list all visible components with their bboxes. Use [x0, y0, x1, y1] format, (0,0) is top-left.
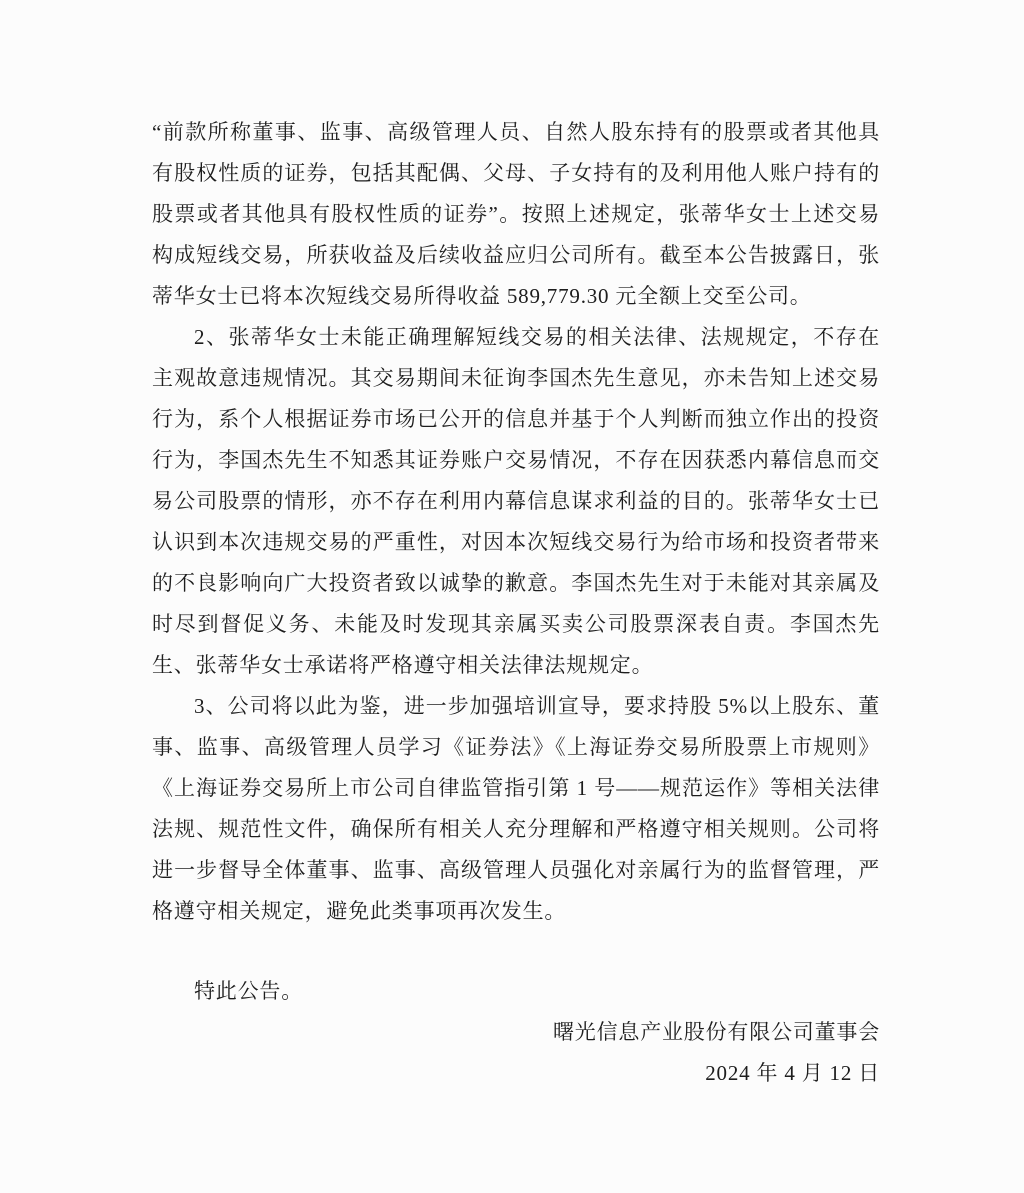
closing-statement: 特此公告。	[152, 971, 880, 1012]
paragraph-item-2: 2、张蒂华女士未能正确理解短线交易的相关法律、法规规定，不存在主观故意违规情况。…	[152, 317, 880, 686]
paragraph-quote-continuation: “前款所称董事、监事、高级管理人员、自然人股东持有的股票或者其他具有股权性质的证…	[152, 112, 880, 317]
document-body: “前款所称董事、监事、高级管理人员、自然人股东持有的股票或者其他具有股权性质的证…	[152, 112, 880, 1094]
paragraph-item-3: 3、公司将以此为鉴，进一步加强培训宣导，要求持股 5%以上股东、董事、监事、高级…	[152, 686, 880, 932]
signature-board-of-directors: 曙光信息产业股份有限公司董事会	[152, 1012, 880, 1053]
announcement-page: “前款所称董事、监事、高级管理人员、自然人股东持有的股票或者其他具有股权性质的证…	[0, 0, 1024, 1193]
announcement-date: 2024 年 4 月 12 日	[152, 1053, 880, 1094]
